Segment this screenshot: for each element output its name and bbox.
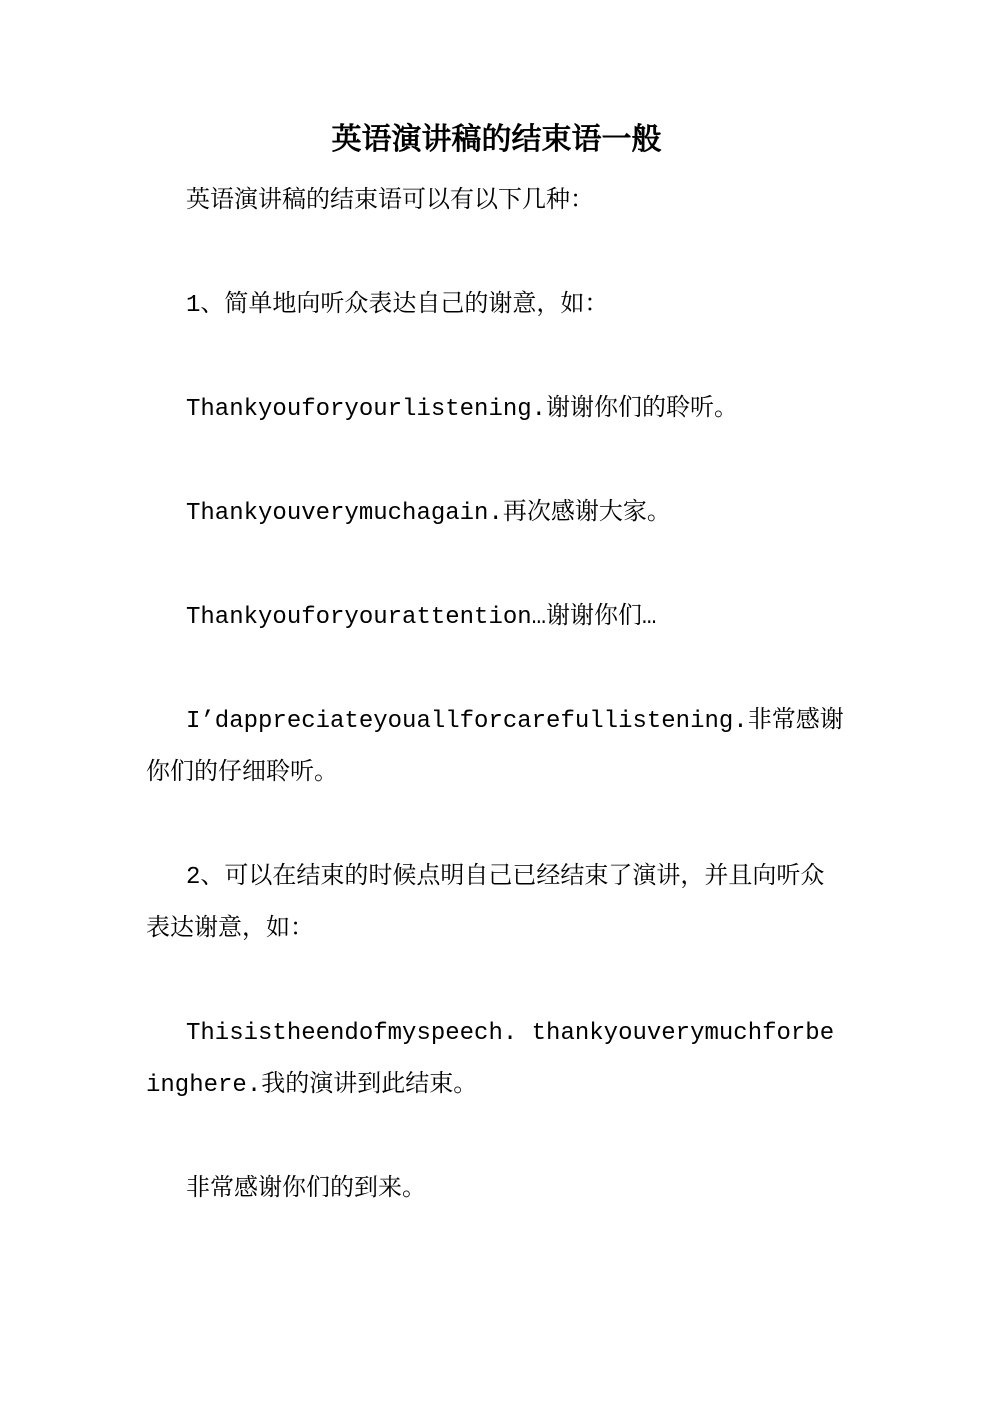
paragraph-item-1-heading: 1、简单地向听众表达自己的谢意，如： bbox=[146, 280, 847, 332]
paragraph-example-again: Thankyouverymuchagain.再次感谢大家。 bbox=[146, 488, 847, 540]
document-title: 英语演讲稿的结束语一般 bbox=[146, 118, 847, 166]
paragraph-example-coming: 非常感谢你们的到来。 bbox=[146, 1164, 847, 1216]
paragraph-item-2-heading: 2、可以在结束的时候点明自己已经结束了演讲，并且向听众表达谢意，如： bbox=[146, 852, 847, 956]
paragraph-example-listening: Thankyouforyourlistening.谢谢你们的聆听。 bbox=[146, 384, 847, 436]
paragraph-example-end-of-speech: Thisistheendofmyspeech. thankyouverymuch… bbox=[146, 1008, 847, 1112]
paragraph-intro: 英语演讲稿的结束语可以有以下几种： bbox=[146, 176, 847, 228]
paragraph-example-attention: Thankyouforyourattention…谢谢你们… bbox=[146, 592, 847, 644]
paragraph-example-appreciate: I’dappreciateyouallforcarefullistening.非… bbox=[146, 696, 847, 800]
document-page: 英语演讲稿的结束语一般 英语演讲稿的结束语可以有以下几种： 1、简单地向听众表达… bbox=[0, 0, 993, 1404]
